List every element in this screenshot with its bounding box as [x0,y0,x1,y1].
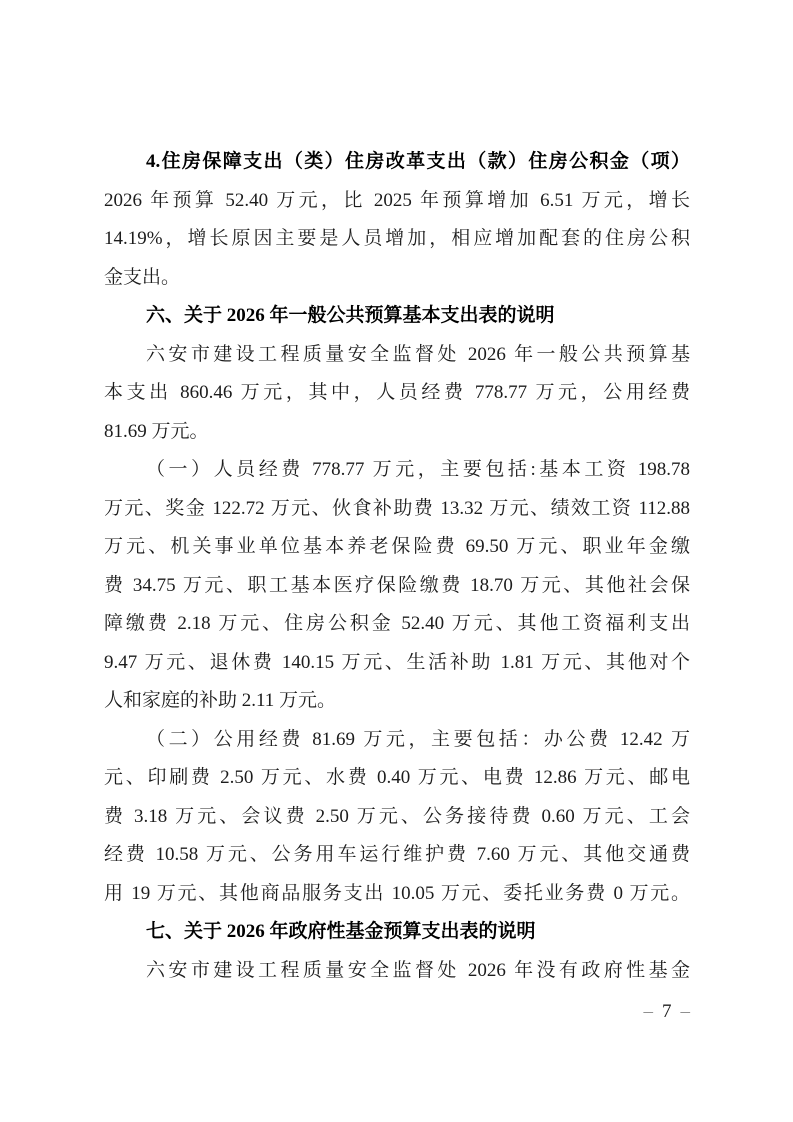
page-number-value: 7 [662,1001,672,1022]
text-line: 障缴费 2.18 万元、住房公积金 52.40 万元、其他工资福利支出 [104,605,690,644]
text-line: （一）人员经费 778.77 万元，主要包括:基本工资 198.78 [104,451,690,490]
text-line: 元、印刷费 2.50 万元、水费 0.40 万元、电费 12.86 万元、邮电 [104,759,690,798]
text-line: 费 3.18 万元、会议费 2.50 万元、公务接待费 0.60 万元、工会 [104,798,690,837]
text-line: 六安市建设工程质量安全监督处 2026 年没有政府性基金 [104,952,690,991]
text-line: 14.19%，增长原因主要是人员增加，相应增加配套的住房公积 [104,220,690,259]
text-line: 万元、奖金 122.72 万元、伙食补助费 13.32 万元、绩效工资 112.… [104,490,690,529]
heading-line: 4.住房保障支出（类）住房改革支出（款）住房公积金（项） [104,143,690,182]
heading-line: 七、关于 2026 年政府性基金预算支出表的说明 [104,913,690,952]
text-line: 人和家庭的补助 2.11 万元。 [104,682,690,721]
page-number: –7– [104,1000,690,1024]
text-line: （二）公用经费 81.69 万元，主要包括：办公费 12.42 万 [104,721,690,760]
text-line: 81.69 万元。 [104,413,690,452]
document-page: 4.住房保障支出（类）住房改革支出（款）住房公积金（项）2026 年预算 52.… [0,0,793,1122]
text-line: 六安市建设工程质量安全监督处 2026 年一般公共预算基 [104,336,690,375]
text-block: 4.住房保障支出（类）住房改革支出（款）住房公积金（项）2026 年预算 52.… [104,143,690,990]
text-line: 费 34.75 万元、职工基本医疗保险缴费 18.70 万元、其他社会保 [104,567,690,606]
text-line: 用 19 万元、其他商品服务支出 10.05 万元、委托业务费 0 万元。 [104,875,690,914]
text-line: 金支出。 [104,259,690,298]
text-line: 2026 年预算 52.40 万元，比 2025 年预算增加 6.51 万元，增… [104,182,690,221]
page-number-right-dash: – [681,1001,691,1022]
text-line: 9.47 万元、退休费 140.15 万元、生活补助 1.81 万元、其他对个 [104,644,690,683]
text-line: 本支出 860.46 万元，其中，人员经费 778.77 万元，公用经费 [104,374,690,413]
heading-line: 六、关于 2026 年一般公共预算基本支出表的说明 [104,297,690,336]
text-line: 经费 10.58 万元、公务用车运行维护费 7.60 万元、其他交通费 [104,836,690,875]
page-number-left-dash: – [644,1001,654,1022]
text-line: 万元、机关事业单位基本养老保险费 69.50 万元、职业年金缴 [104,528,690,567]
